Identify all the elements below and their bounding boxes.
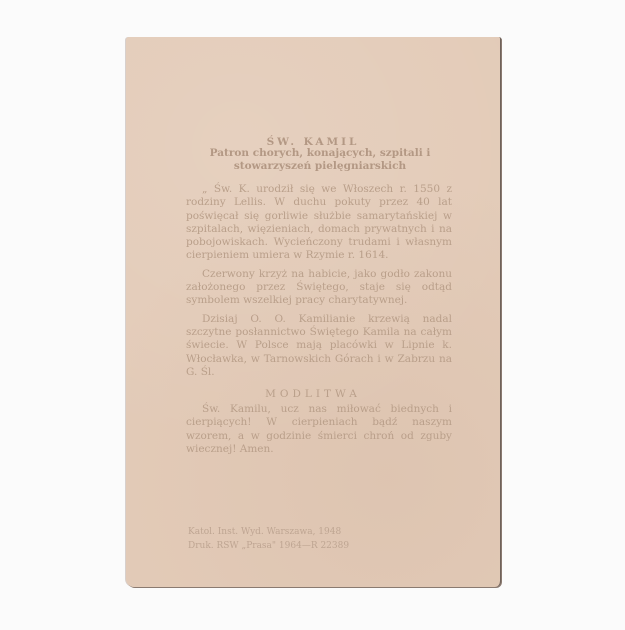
publisher-imprint: Katol. Inst. Wyd. Warszawa, 1948 Druk. R… — [188, 525, 349, 553]
biography-text: „ Św. K. urodził się we Włoszech r. 1550… — [186, 183, 452, 384]
paragraph: „ Św. K. urodził się we Włoszech r. 1550… — [186, 183, 452, 263]
paragraph: Czerwony krzyż na habicie, jako godło za… — [186, 268, 452, 308]
imprint-line: Katol. Inst. Wyd. Warszawa, 1948 — [188, 525, 349, 539]
prayer-card: ŚW. KAMIL Patron chorych, konających, sz… — [126, 37, 501, 587]
imprint-line: Druk. RSW „Prasa" 1964—R 22389 — [188, 539, 349, 553]
card-subtitle: Patron chorych, konających, szpitali i s… — [184, 147, 456, 172]
prayer-paragraph: Św. Kamilu, ucz nas miłować biednych i c… — [186, 403, 452, 456]
prayer-heading: MODLITWA — [126, 388, 500, 400]
prayer-text: Św. Kamilu, ucz nas miłować biednych i c… — [186, 403, 452, 461]
paragraph: Dzisiaj O. O. Kamilianie krzewią nadal s… — [186, 313, 452, 379]
